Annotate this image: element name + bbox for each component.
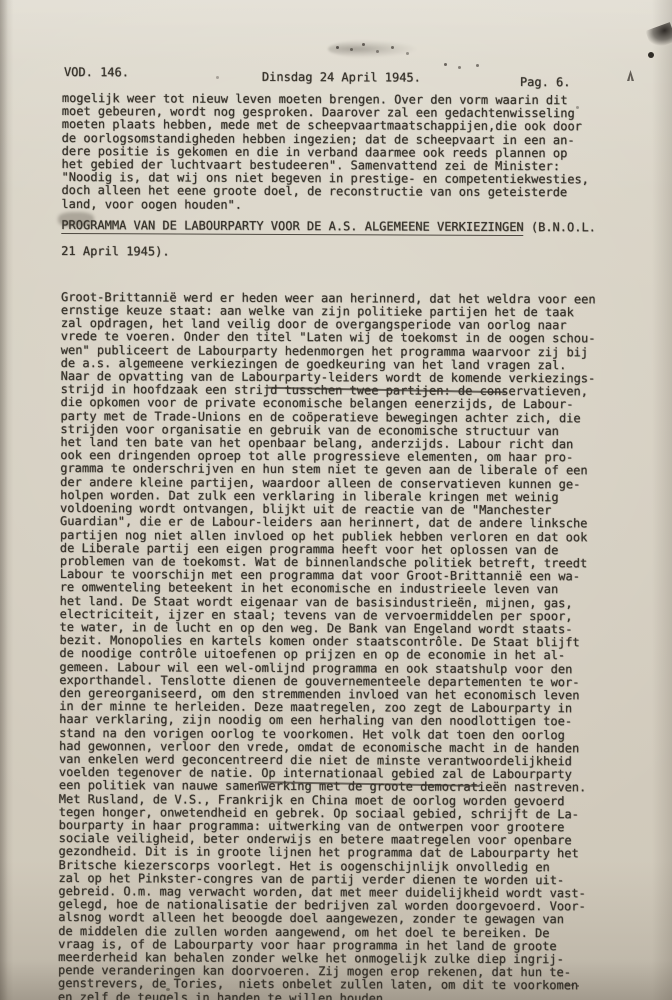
intro-paragraph: mogelijk weer tot nieuw leven moeten bre… (61, 92, 618, 213)
corner-ink-blot (645, 22, 672, 50)
ink-speckles (336, 46, 339, 49)
margin-pencil-mark (627, 70, 634, 81)
article-heading-title: PROGRAMMA VAN DE LABOURPARTY VOOR DE A.S… (61, 218, 523, 236)
ink-smudge (328, 40, 418, 58)
article-body: Groot-Brittannië werd er heden weer aan … (58, 291, 617, 1000)
date-label: Dinsdag 24 April 1945. (262, 71, 421, 85)
page-header: VOD. 146. Dinsdag 24 April 1945. Pag. 6. (62, 66, 618, 94)
article-heading: PROGRAMMA VAN DE LABOURPARTY VOOR DE A.S… (61, 219, 617, 287)
page-edge-shadow (0, 0, 8, 1000)
doc-number-label: VOD. 146. (64, 66, 129, 79)
article-heading-source: (B.N.O.L. (524, 220, 596, 234)
ink-dot (648, 52, 654, 58)
typewritten-page-content: VOD. 146. Dinsdag 24 April 1945. Pag. 6.… (58, 66, 618, 1000)
article-heading-date: 21 April 1945). (61, 245, 617, 261)
document-scan: VOD. 146. Dinsdag 24 April 1945. Pag. 6.… (0, 0, 672, 1000)
page-number-label: Pag. 6. (520, 76, 571, 89)
